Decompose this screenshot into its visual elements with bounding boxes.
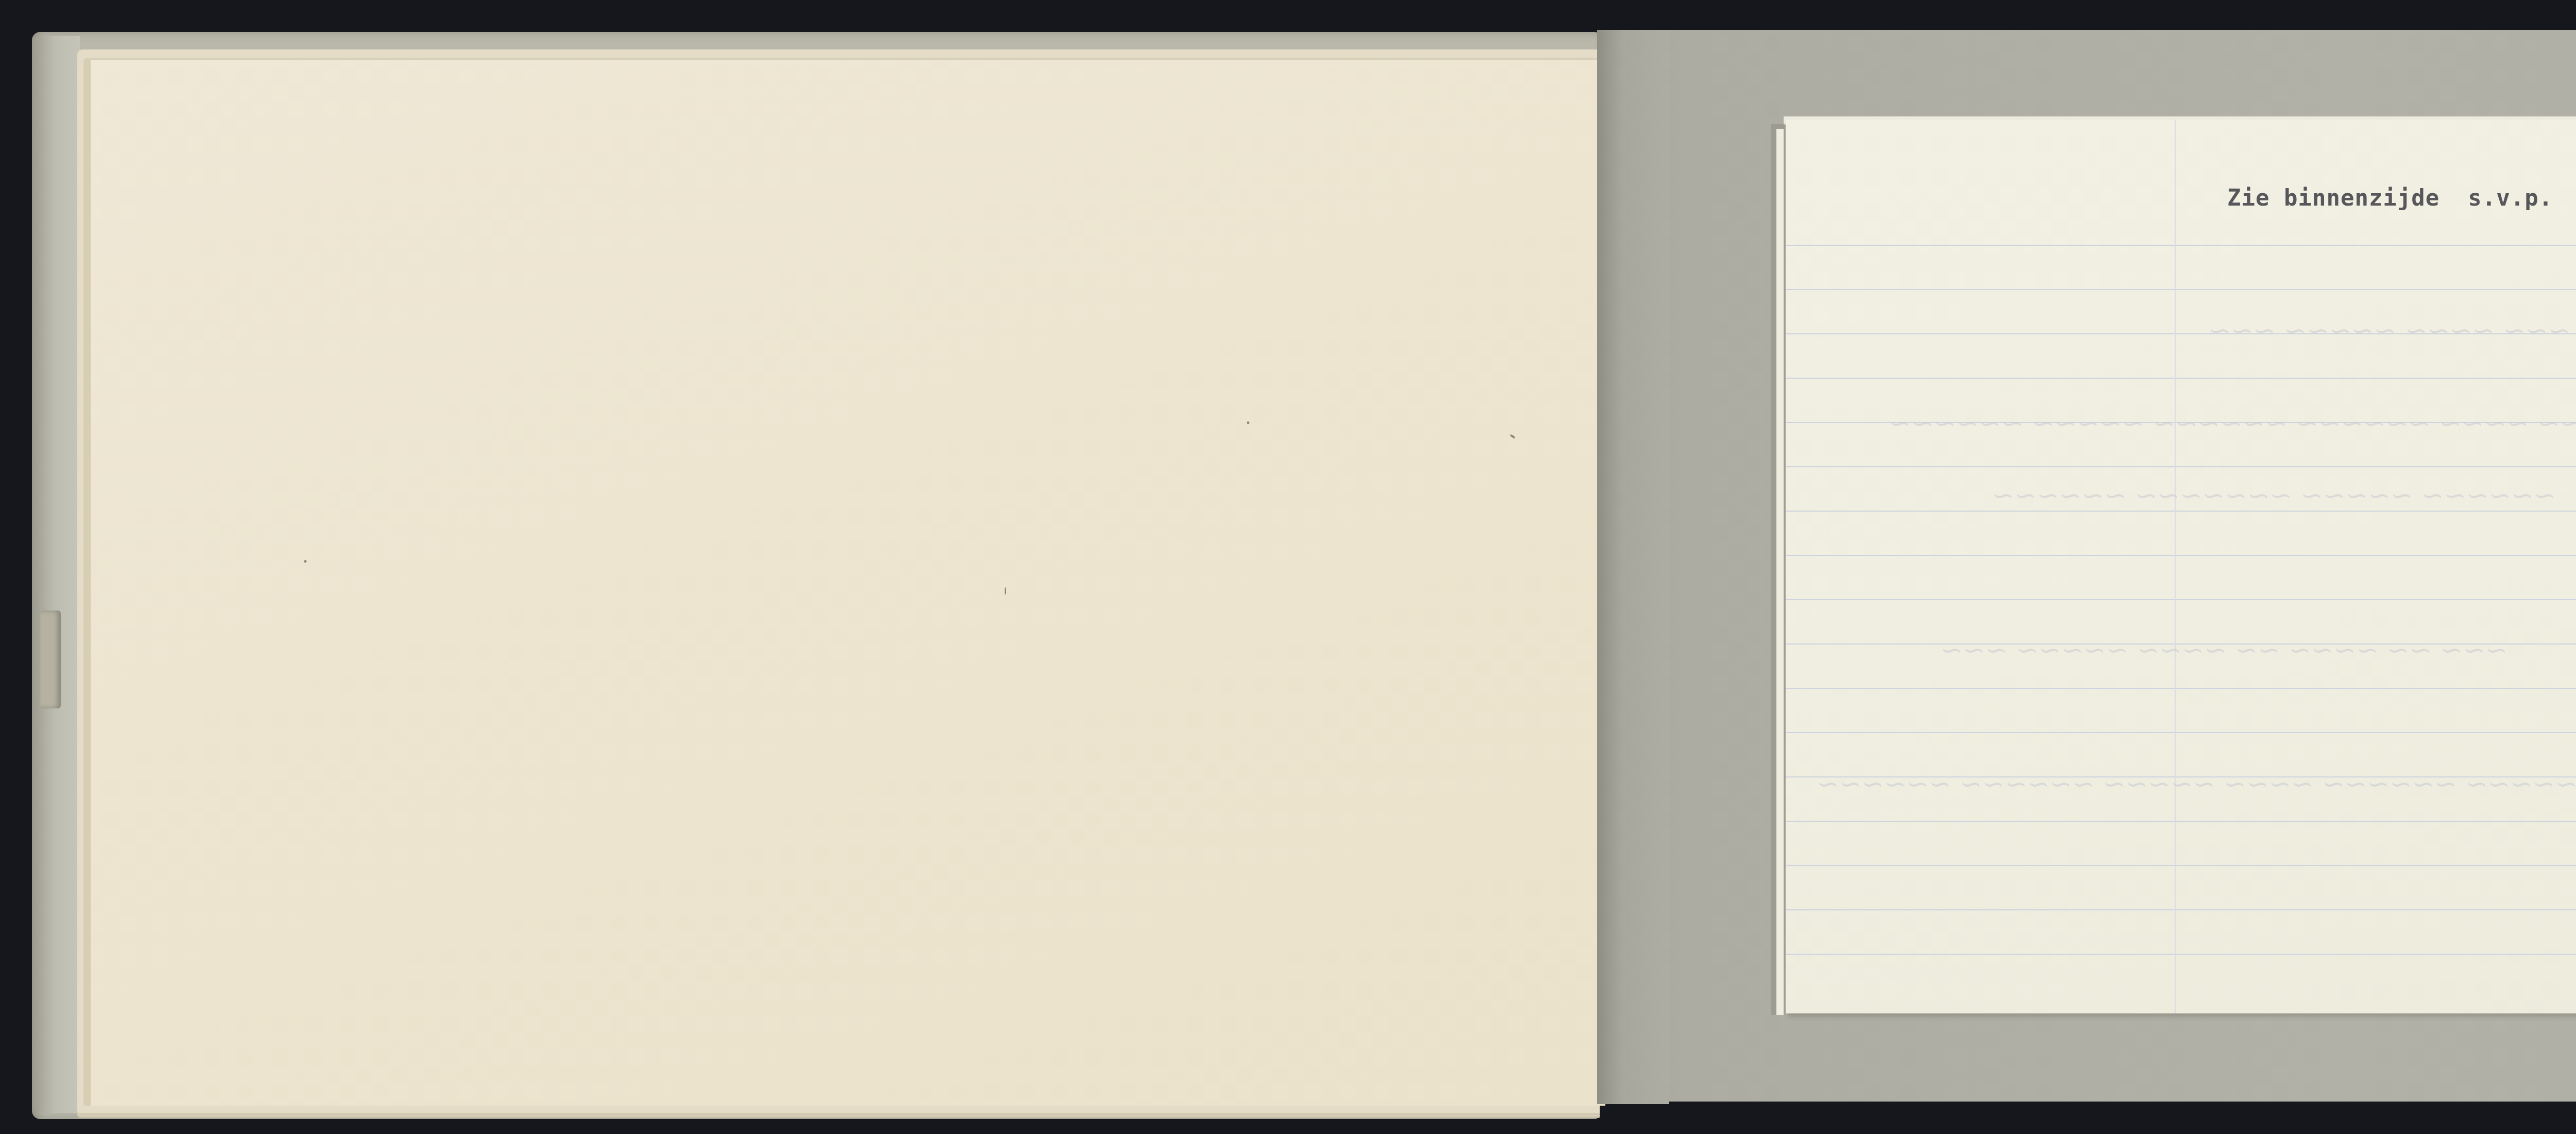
ruled-line — [1786, 599, 2576, 600]
paper-underlayer-edge — [1776, 129, 1784, 1015]
show-through-text: ~~~~~~~ ~~~~~~ ~~~~ ~~~~~ ~~~~~~ ~~~~~~ — [1817, 769, 2576, 800]
ruled-line — [1786, 909, 2576, 910]
left-blank-page — [83, 58, 1605, 1106]
ruled-line — [1786, 688, 2576, 689]
ruled-line — [1786, 555, 2576, 556]
ruled-line — [1786, 378, 2576, 379]
paper-speck — [1005, 587, 1006, 595]
ruled-line — [1786, 865, 2576, 866]
book-gutter — [1597, 30, 1669, 1104]
left-cover-flap — [33, 36, 80, 1113]
paper-speck — [304, 560, 307, 563]
show-through-text: ~~~ ~~ ~~~~ ~~ ~~~~ ~~~~~ ~~~ — [1940, 635, 2507, 666]
ruled-line — [1786, 821, 2576, 822]
show-through-text: ~~~ ~~~~ ~~~~~ ~~~ — [2208, 315, 2570, 346]
ruled-line — [1786, 289, 2576, 290]
typed-note: Zie binnenzijde s.v.p. — [2227, 185, 2553, 211]
ruled-line — [1786, 732, 2576, 733]
ruled-line — [1786, 245, 2576, 246]
show-through-text: ~~~~~~ ~~~~~ ~~~~~~~ ~~~~~~ — [1992, 480, 2556, 511]
show-through-text: ~~~~~ ~~~~ ~~~~~~ ~~~~~~ ~~~~~ ~~~~~~ — [1889, 408, 2576, 439]
ruled-line — [1786, 954, 2576, 955]
ruled-paper-sheet: ~~~ ~~~~ ~~~~~ ~~~ ~~~~~ ~~~~ ~~~~~~ ~~~… — [1786, 120, 2576, 1013]
spine-binding-tab — [40, 611, 61, 708]
paper-speck — [1247, 421, 1249, 424]
ruled-line — [1786, 466, 2576, 467]
faint-margin-line — [2175, 120, 2176, 1013]
